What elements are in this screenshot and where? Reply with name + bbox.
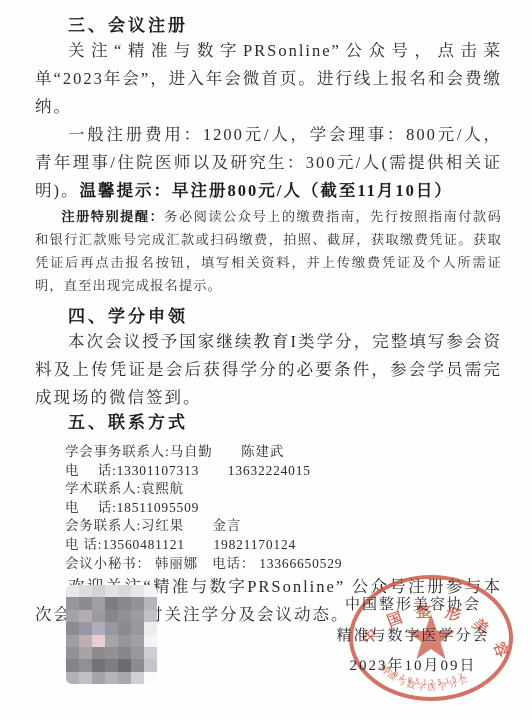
contact-logistics: 会务联系人:习红果 金言 xyxy=(65,517,502,536)
signature-org-line2: 精准与数字医学分会 xyxy=(328,621,498,652)
censored-mosaic xyxy=(66,585,157,684)
early-bird-notice: 温馨提示：早注册800元/人（截至11月10日） xyxy=(80,181,453,200)
signature-date: 2023年10月09日 xyxy=(328,651,498,682)
section3-heading: 三、会议注册 xyxy=(68,15,502,37)
signature-block: 中国整形美容协会 精准与数字医学分会 2023年10月09日 xyxy=(328,590,498,682)
contact-list: 学会事务联系人:马自勤 陈建武 电 话:13301107313 13632224… xyxy=(65,443,502,573)
signature-org-line1: 中国整形美容协会 xyxy=(328,590,498,621)
contact-academic: 学术联系人:袁熙航 xyxy=(65,480,502,499)
contact-logistics-phone: 电 话:13560481121 19821170124 xyxy=(65,536,502,555)
contact-society-affairs-phone: 电 话:13301107313 13632224015 xyxy=(65,462,502,481)
section3-para1: 关注“精准与数字PRSonline”公众号，点击菜单“2023年会”，进入年会微… xyxy=(35,37,502,121)
section4-para: 本次会议授予国家继续教育I类学分，完整填写参会资料及上传凭证是会后获得学分的必要… xyxy=(35,328,502,412)
section5-heading: 五、联系方式 xyxy=(68,412,502,434)
section3-reminder: 注册特别提醒：务必阅读公众号上的缴费指南，先行按照指南付款码和银行汇款账号完成汇… xyxy=(35,205,502,297)
document-page: 三、会议注册 关注“精准与数字PRSonline”公众号，点击菜单“2023年会… xyxy=(0,0,532,719)
contact-academic-phone: 电 话:18511095509 xyxy=(65,499,502,518)
section3-para2: 一般注册费用：1200元/人，学会理事：800元/人，青年理事/住院医师以及研究… xyxy=(35,121,502,205)
reminder-label: 注册特别提醒： xyxy=(61,209,164,224)
section4-heading: 四、学分申领 xyxy=(68,306,502,328)
contact-secretary: 会议小秘书： 韩丽娜 电话： 13366650529 xyxy=(65,555,502,574)
contact-society-affairs: 学会事务联系人:马自勤 陈建武 xyxy=(65,443,502,462)
